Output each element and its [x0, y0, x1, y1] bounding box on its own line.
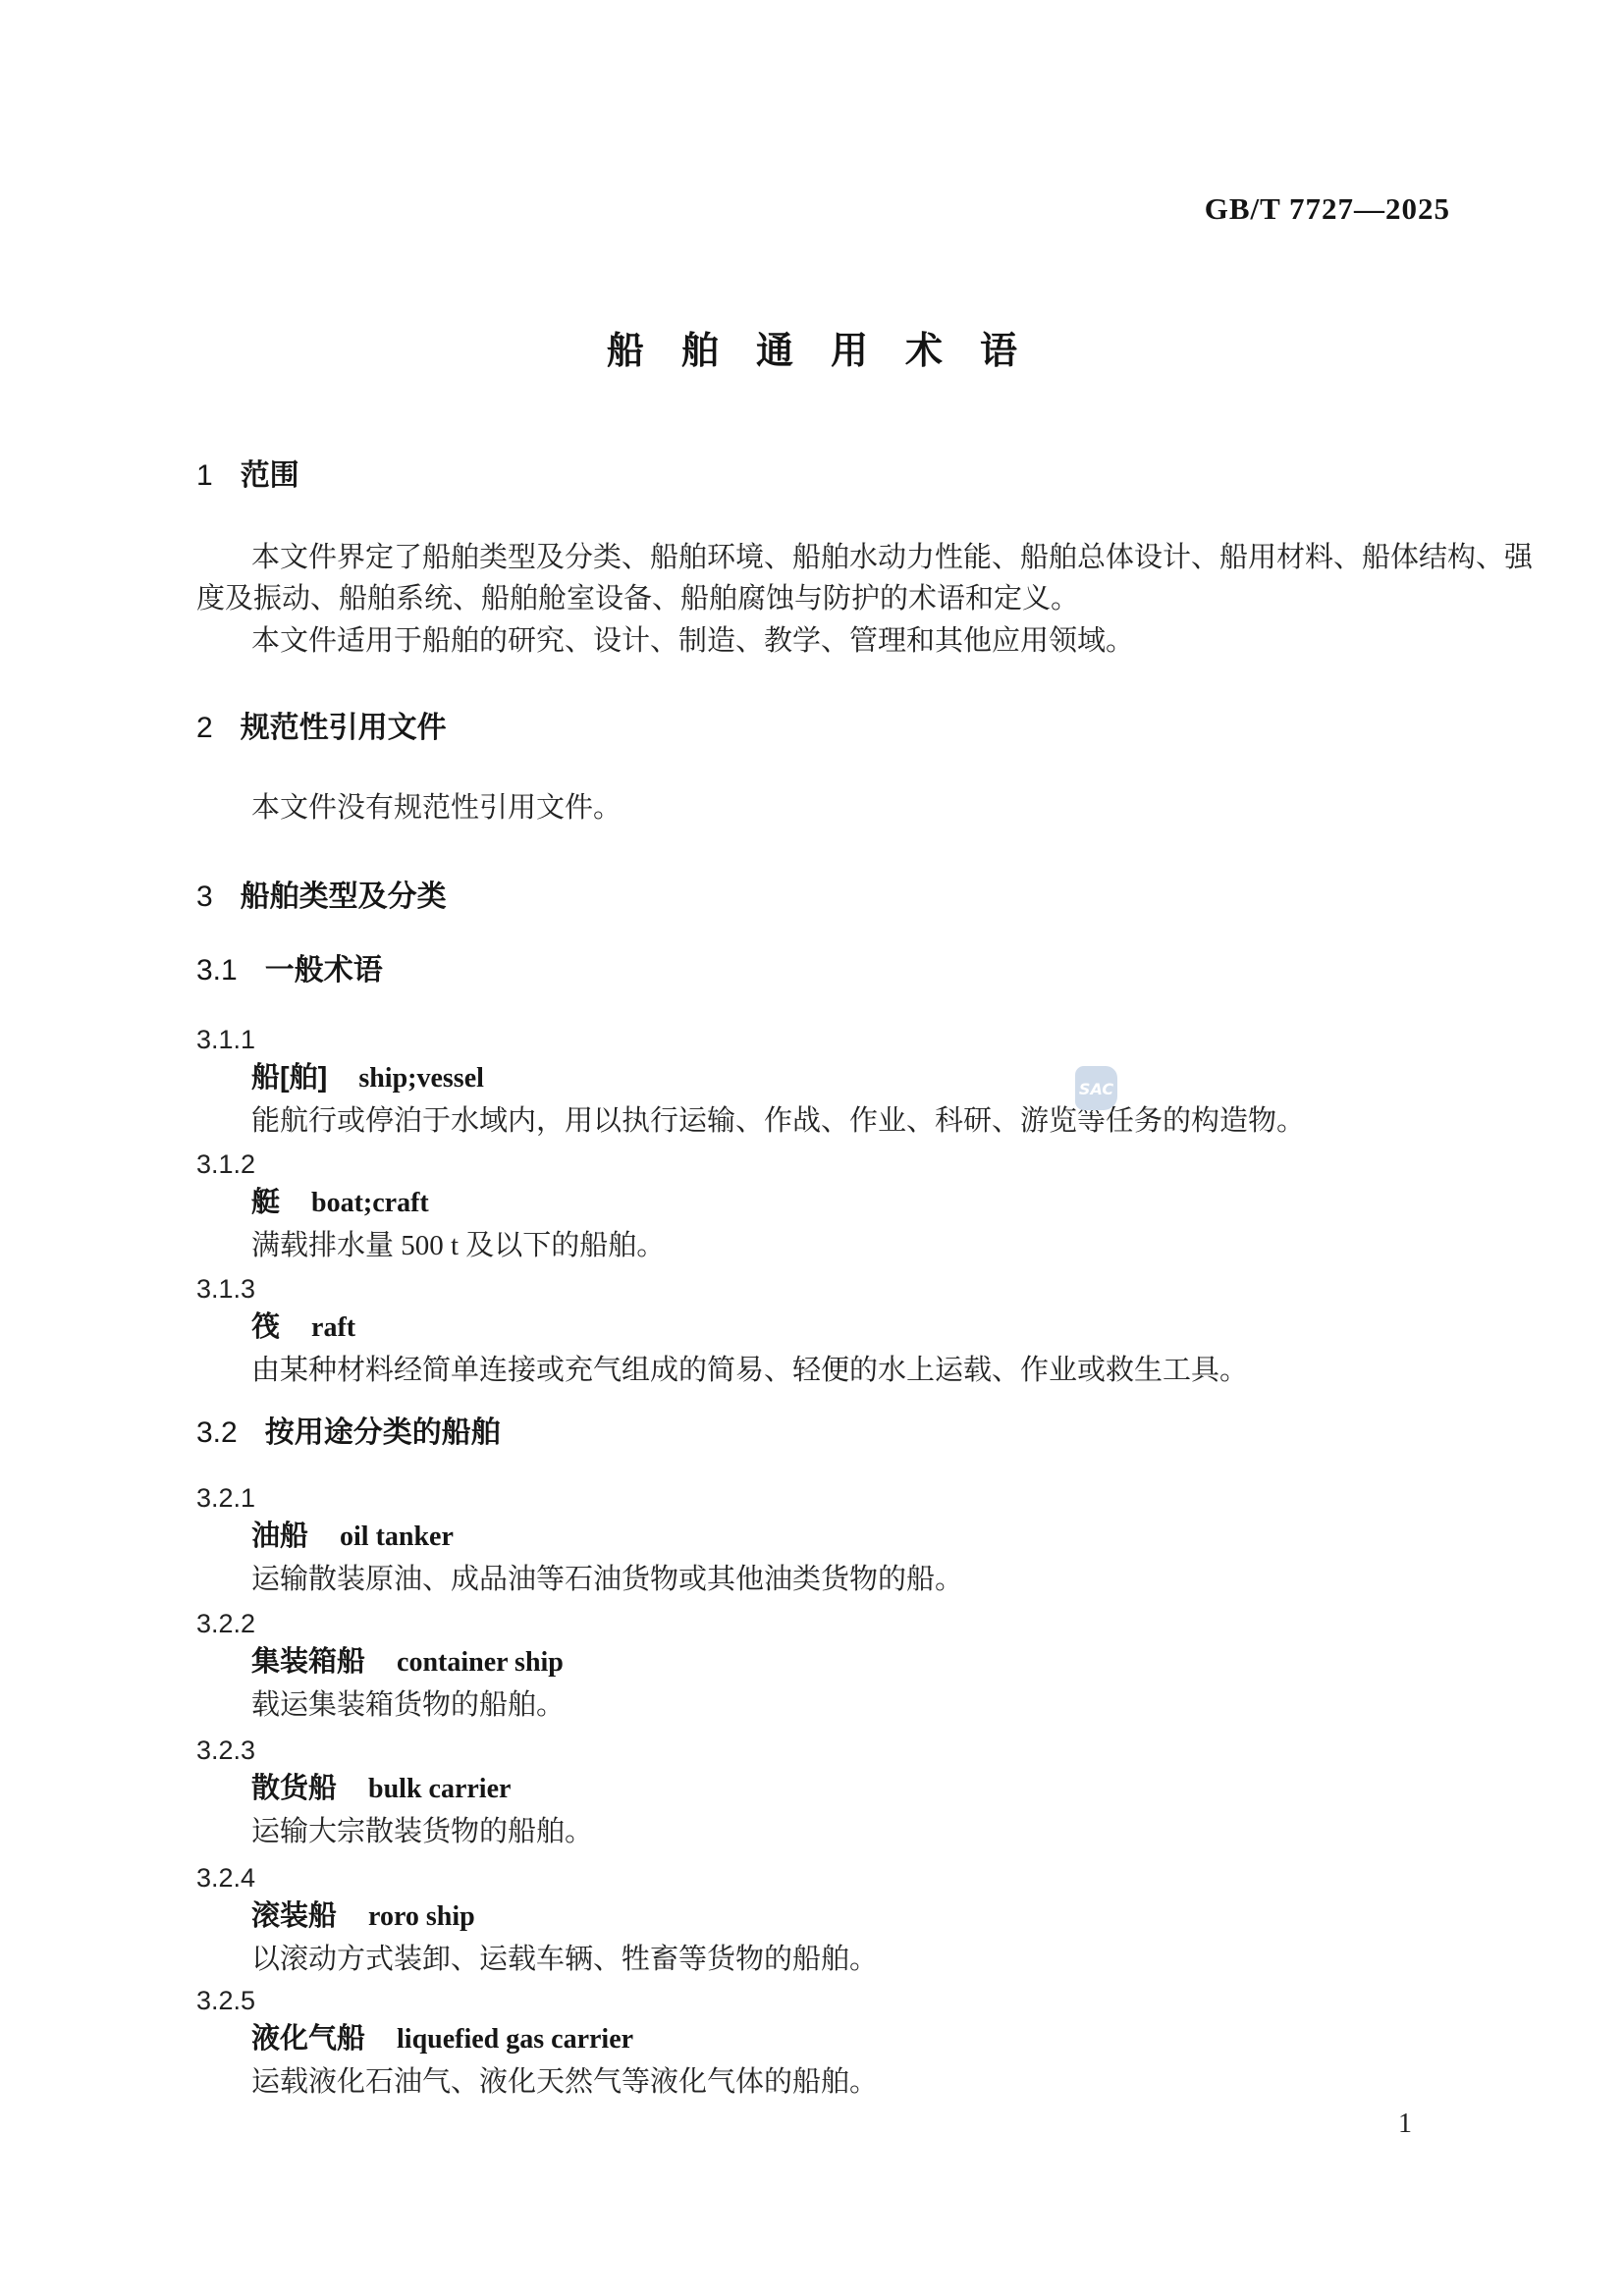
term-line: 油船oil tanker — [251, 1522, 454, 1551]
term-definition: 满载排水量 500 t 及以下的船舶。 — [251, 1229, 665, 1263]
term-line: 艇boat;craft — [251, 1189, 429, 1217]
section-label: 船舶类型及分类 — [241, 881, 447, 913]
clause-number: 3.2.4 — [196, 1865, 255, 1892]
clause-number: 3.1.2 — [196, 1151, 255, 1178]
sac-watermark-label: SAC — [1075, 1066, 1117, 1110]
term-chinese: 筏 — [251, 1311, 280, 1343]
term-entry: 3.2.5 液化气船liquefied gas carrier 运载液化石油气、… — [196, 1988, 1502, 2102]
clause-number: 3.2.1 — [196, 1485, 255, 1512]
standard-document-page: GB/T 7727—2025 船舶通用术语 1范围 本文件界定了船舶类型及分类、… — [0, 0, 1624, 2296]
section-number: 1 — [196, 459, 213, 492]
term-chinese: 船[舶] — [251, 1062, 327, 1094]
scope-paragraph-line: 本文件界定了船舶类型及分类、船舶环境、船舶水动力性能、船舶总体设计、船用材料、船… — [251, 541, 1533, 575]
term-entry: 3.1.1 船[舶]ship;vessel 能航行或停泊于水域内，用以执行运输、… — [196, 1027, 1502, 1141]
section-heading-ship-types: 3船舶类型及分类 — [196, 882, 447, 912]
term-definition: 能航行或停泊于水域内，用以执行运输、作战、作业、科研、游览等任务的构造物。 — [251, 1104, 1305, 1139]
subsection-label: 一般术语 — [265, 954, 383, 987]
clause-number: 3.2.2 — [196, 1611, 255, 1637]
subsection-number: 3.2 — [196, 1416, 238, 1449]
section-heading-normative-references: 2规范性引用文件 — [196, 714, 447, 743]
term-entry: 3.1.3 筏raft 由某种材料经简单连接或充气组成的简易、轻便的水上运载、作… — [196, 1276, 1502, 1390]
clause-number: 3.2.3 — [196, 1737, 255, 1764]
term-chinese: 艇 — [251, 1187, 280, 1218]
term-english: oil tanker — [340, 1522, 454, 1552]
clause-number: 3.2.5 — [196, 1988, 255, 2014]
term-definition: 载运集装箱货物的船舶。 — [251, 1688, 565, 1723]
term-line: 船[舶]ship;vessel — [251, 1064, 484, 1093]
term-line: 散货船bulk carrier — [251, 1775, 511, 1803]
term-definition: 以滚动方式装卸、运载车辆、牲畜等货物的船舶。 — [251, 1943, 878, 1977]
term-line: 滚装船roro ship — [251, 1902, 475, 1931]
term-line: 集装箱船container ship — [251, 1648, 564, 1677]
term-chinese: 液化气船 — [251, 2023, 365, 2055]
scope-paragraph-line: 本文件适用于船舶的研究、设计、制造、教学、管理和其他应用领域。 — [251, 624, 1134, 659]
term-line: 筏raft — [251, 1313, 355, 1342]
clause-number: 3.1.3 — [196, 1276, 255, 1303]
term-english: raft — [311, 1312, 355, 1343]
term-english: liquefied gas carrier — [397, 2024, 633, 2055]
section-label: 规范性引用文件 — [241, 712, 447, 744]
section-number: 2 — [196, 712, 213, 744]
sac-watermark-badge: SAC — [1075, 1066, 1117, 1110]
section-label: 范围 — [241, 459, 299, 492]
clause-number: 3.1.1 — [196, 1027, 255, 1053]
term-line: 液化气船liquefied gas carrier — [251, 2025, 633, 2054]
term-definition: 由某种材料经简单连接或充气组成的简易、轻便的水上运载、作业或救生工具。 — [251, 1354, 1248, 1388]
term-english: boat;craft — [311, 1188, 429, 1218]
term-english: bulk carrier — [368, 1774, 511, 1804]
term-entry: 3.2.1 油船oil tanker 运输散装原油、成品油等石油货物或其他油类货… — [196, 1485, 1502, 1599]
scope-paragraph-line: 度及振动、船舶系统、船舶舱室设备、船舶腐蚀与防护的术语和定义。 — [196, 582, 1079, 616]
term-chinese: 散货船 — [251, 1773, 337, 1804]
page-number: 1 — [1398, 2110, 1412, 2138]
term-chinese: 油船 — [251, 1521, 308, 1552]
term-definition: 运输大宗散装货物的船舶。 — [251, 1815, 593, 1849]
subsection-number: 3.1 — [196, 954, 238, 987]
term-definition: 运载液化石油气、液化天然气等液化气体的船舶。 — [251, 2065, 878, 2100]
page-title: 船舶通用术语 — [0, 333, 1624, 370]
term-chinese: 集装箱船 — [251, 1646, 365, 1678]
doc-number: GB/T 7727—2025 — [0, 193, 1450, 224]
subsection-heading-general-terms: 3.1一般术语 — [196, 956, 383, 986]
term-english: container ship — [397, 1647, 564, 1678]
subsection-heading-ships-by-purpose: 3.2按用途分类的船舶 — [196, 1418, 501, 1448]
term-english: roro ship — [368, 1901, 475, 1932]
term-english: ship;vessel — [358, 1063, 484, 1094]
subsection-label: 按用途分类的船舶 — [265, 1416, 501, 1449]
normative-references-body: 本文件没有规范性引用文件。 — [251, 791, 622, 826]
section-heading-scope: 1范围 — [196, 461, 299, 491]
term-definition: 运输散装原油、成品油等石油货物或其他油类货物的船。 — [251, 1563, 963, 1597]
term-entry: 3.2.3 散货船bulk carrier 运输大宗散装货物的船舶。 — [196, 1737, 1502, 1851]
section-number: 3 — [196, 881, 213, 913]
term-chinese: 滚装船 — [251, 1900, 337, 1932]
term-entry: 3.1.2 艇boat;craft 满载排水量 500 t 及以下的船舶。 — [196, 1151, 1502, 1265]
term-entry: 3.2.2 集装箱船container ship 载运集装箱货物的船舶。 — [196, 1611, 1502, 1725]
term-entry: 3.2.4 滚装船roro ship 以滚动方式装卸、运载车辆、牲畜等货物的船舶… — [196, 1865, 1502, 1979]
